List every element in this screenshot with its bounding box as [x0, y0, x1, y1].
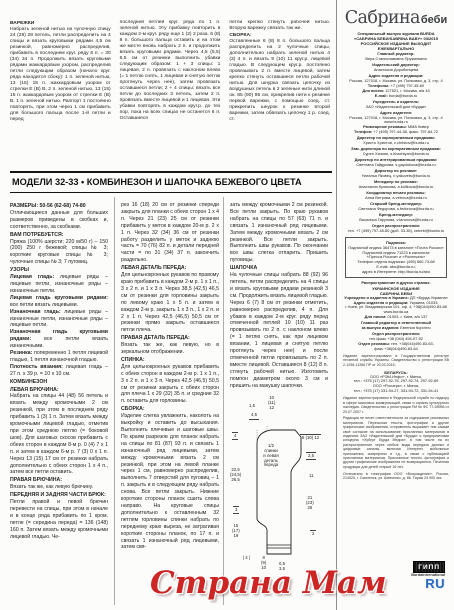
paragraph-lead: за выпуск издания: — [361, 325, 399, 330]
paragraph: Для цельнокроеных рукавов прибавить с об… — [121, 364, 219, 405]
measure-label: 2 — [310, 530, 316, 536]
paragraph: петли крепко стянуть рабочей нитью. Втор… — [229, 20, 330, 32]
romper-section: РАЗМЕРЫ: 50-56 (62-68) 74-80Отличающиеся… — [10, 197, 332, 605]
imprint-line: адрес в Интернете: http://burda.ru/abo — [348, 270, 444, 275]
magazine-logo: Сабринабеби — [342, 8, 450, 28]
magazine-logo-baby: беби — [421, 14, 447, 26]
paragraph-lead: Плотность вязания: — [10, 364, 63, 370]
imprint-bottom-block: Распространение в других странах:УКРАИНС… — [342, 281, 450, 481]
measure-label: 21 (23) 25 — [306, 496, 314, 510]
mittens-column-1: ВАРЕЖКИНабрать зеленой нитью на чулочную… — [10, 20, 120, 168]
measure-label: 4,5 — [249, 413, 259, 419]
paragraph: Отличающиеся данные для больших размеров… — [10, 210, 108, 231]
paragraph: Резинка: попеременно 1 петля лицевой гла… — [10, 350, 108, 364]
pattern-schematic: 1,5 4,5 10 (11) 12 4 22,5 (24,5) 26,5 3 … — [230, 392, 328, 584]
paragraph: Оставленные 6 (8) 8 п. большого пальца р… — [229, 39, 330, 123]
imprint-line: Анастасия Доробинцева — [342, 68, 450, 73]
paragraph: Пряжа (100% шерсти; 220 м/50 г) – 150 (2… — [10, 239, 108, 267]
subheading: КОМБИНЕЗОН — [10, 379, 108, 386]
burda-international-logo: Burdainternational RU — [411, 574, 445, 590]
imprint-line: Анна Ветрова, a.vetrova@burda.ru — [342, 196, 450, 201]
measure-label: 3 — [233, 506, 239, 514]
magazine-page: ВАРЕЖКИНабрать зеленой нитью на чулочную… — [0, 0, 454, 610]
measure-label: 11 — [309, 474, 313, 479]
mittens-column-2: последней петлей круг. ряда по 1 п. зеле… — [120, 20, 230, 168]
paragraph-lead: Резинка: — [10, 350, 32, 356]
romper-column-3-text: зать между кромочными 2 см резинкой. Все… — [230, 202, 328, 389]
paragraph: На чулочные спицы набрать 88 (92) 96 пет… — [230, 272, 328, 389]
imprint-line: Вера Станиславовна Пружинкина — [342, 57, 450, 62]
gipp-logo-text: ГИПП — [418, 564, 440, 571]
imprint-line: E-mail: burda@burda.ru — [342, 94, 450, 99]
imprint-legal-text: Отпечатано в типографии ООО «Возрождение… — [343, 472, 449, 481]
imprint-top-block: Специальный выпуск журнала BURDA«САБРИНА… — [342, 31, 450, 234]
subheading: УЗОРЫ — [10, 267, 108, 274]
paragraph: последней петлей круг. ряда по 1 п. зеле… — [120, 20, 221, 122]
paragraph-lead: Лицевая гладь круговыми рядами: — [10, 295, 108, 301]
imprint-line: Наталья Яковец, n.yakovets@burda.ru — [342, 174, 450, 179]
paragraph: Набрать на спицы 44 (48) 56 петель и вяз… — [10, 393, 108, 476]
imprint-legal-text: Редакция не несет ответственности за сод… — [343, 416, 449, 469]
paragraph-lead: Лицевая гладь: — [10, 274, 54, 280]
paragraph: рез 16 (18) 20 см от резинки спереди зак… — [121, 202, 219, 264]
imprint-line: тел.: +375 (17) 331-94-27, 331-94-72, 33… — [342, 389, 450, 394]
romper-column-3: зать между кромочными 2 см резинкой. Все… — [223, 197, 332, 605]
section-title: МОДЕЛИ 32-33 • КОМБИНЕЗОН И ШАПОЧКА БЕЖЕ… — [12, 177, 302, 187]
measure-label: 8 (10) 12 — [300, 434, 321, 440]
measure-label: 15 (17) 19 — [232, 524, 240, 538]
imprint-line: Анастасия Куликова, a.kulikova@burda.ru — [342, 185, 450, 190]
stranamam-watermark: Страна Мам — [150, 565, 387, 601]
measure-label: 22,5 (24,5) 26,5 — [230, 468, 241, 482]
paragraph: Изнаночная гладь круговыми рядами: все п… — [10, 329, 108, 350]
imprint-line: Сурен Хачиян, s.khachiyan@burda.ru — [342, 152, 450, 157]
imprint-line: за выпуск издания: Евгения Коротич — [342, 326, 450, 331]
paragraph: Лицевая гладь: лицевые ряды – лицевые пе… — [10, 274, 108, 295]
measure-label: 4 — [232, 432, 238, 440]
romper-column-2: рез 16 (18) 20 см от резинки спереди зак… — [114, 197, 223, 605]
imprint-line: тел. +7 (495) 797-45-60 (доб. 33-35), ve… — [342, 229, 450, 234]
imprint-line: Для писем: 01003, г. Киев, а/я 137 — [342, 315, 450, 320]
mittens-column-3: петли крепко стянуть рабочей нитью. Втор… — [229, 20, 332, 168]
measure-label: 2,5 — [306, 452, 316, 460]
paragraph: Изнаночная гладь: лицевые ряды – изнаноч… — [10, 309, 108, 330]
gipp-logo: ГИПП — [413, 561, 445, 573]
measure-label: 1,5 — [249, 404, 255, 409]
paragraph: Плотность вязания: лицевая гладь – 27 п.… — [10, 364, 108, 378]
imprint-sidebar: Сабринабеби Специальный выпуск журнала B… — [336, 0, 454, 610]
romper-column-1: РАЗМЕРЫ: 50-56 (62-68) 74-80Отличающиеся… — [10, 197, 114, 605]
subheading: ВАМ ПОТРЕБУЕТСЯ: — [10, 232, 108, 239]
subheading: ЛЕВАЯ БРЮЧИНА: — [10, 387, 108, 394]
subheading: ЛЕВАЯ ДЕТАЛЬ ПЕРЕДА: — [121, 265, 219, 272]
subheading: ПРАВАЯ ДЕТАЛЬ ПЕРЕДА: — [121, 335, 219, 342]
imprint-line: Василиса Гарунова, v.tarunova@burda.ru — [342, 218, 450, 223]
imprint-line: Светлана Гайдукова, s.gaydukova@burda.ru — [342, 163, 450, 168]
imprint-line: Христо Христов, c.christov@burda.ru — [342, 141, 450, 146]
imprint-line: Светлана Федорова, s.fedorova@burda.ru — [342, 207, 450, 212]
paragraph-lead: E-mail: — [375, 93, 388, 98]
paragraph: Лицевая гладь круговыми рядами: все петл… — [10, 295, 108, 309]
paragraph: Набрать зеленой нитью на чулочную спицу … — [10, 27, 111, 123]
imprint-line: факс +38(044)490-83-64 — [342, 347, 450, 352]
paragraph: Для цельнокроеных рукавов по правому кра… — [121, 272, 219, 334]
section-header: МОДЕЛИ 32-33 • КОМБИНЕЗОН И ШАПОЧКА БЕЖЕ… — [10, 171, 332, 193]
subheading: СБОРКА: — [121, 406, 219, 413]
imprint-line: Телефон: +7 (495) 797-44-38, факс: 797-8… — [342, 130, 450, 135]
imprint-line: ЗАО «Издательский дом «Бурда» — [342, 105, 450, 110]
subheading: СПИНКА: — [121, 357, 219, 364]
paragraph: зать между кромочными 2 см резинкой. Все… — [230, 202, 328, 264]
imprint-legal-text: Издание зарегистрировано в Федеральной с… — [343, 396, 449, 414]
paragraph: Петли правой и левой брючин перевести на… — [10, 499, 108, 540]
paragraph: Изделие слегка увлажнить, наколоть на вы… — [121, 413, 219, 551]
paragraph: Вязать так же, как левую брючину. — [10, 484, 108, 491]
schematic-piece-label: 1/2 спинки и левая деталь переда — [255, 444, 287, 468]
imprint-caps-line: РОССИЙСКОЕ ИЗДАНИЕ ВЫХОДИТ ЕЖЕКВАРТАЛЬНО — [342, 41, 450, 51]
paragraph-lead: Изнаночная гладь: — [10, 309, 61, 315]
subscription-box: Подписка:Подписной индекс 36473 в катало… — [345, 237, 447, 278]
publisher-logos: ГИПП Burdainternational RU — [411, 561, 445, 590]
burda-ru-mark: RU — [411, 577, 445, 590]
measure-label: | 4 | — [243, 556, 250, 561]
subheading: ШАПОЧКА — [230, 265, 328, 272]
subheading: РАЗМЕРЫ: 50-56 (62-68) 74-80 — [10, 203, 108, 210]
main-text-area: ВАРЕЖКИНабрать зеленой нитью на чулочную… — [10, 0, 334, 610]
mittens-section: ВАРЕЖКИНабрать зеленой нитью на чулочную… — [10, 20, 332, 168]
imprint-legal-text: Издание зарегистрировано в Государственн… — [343, 354, 449, 367]
paragraph-lead: Изнаночная гладь круговыми рядами: — [10, 329, 108, 342]
subheading: ПРАВАЯ БРЮЧИНА: — [10, 477, 108, 484]
paragraph-lead: Для писем: — [365, 314, 387, 319]
paragraph: Вязать так же, как левую, но в зеркально… — [121, 342, 219, 356]
paragraph-lead: Телефон: — [354, 129, 372, 134]
magazine-logo-sabrina: Сабрина — [345, 8, 420, 28]
measure-label: 10 (11) 12 — [268, 396, 275, 410]
